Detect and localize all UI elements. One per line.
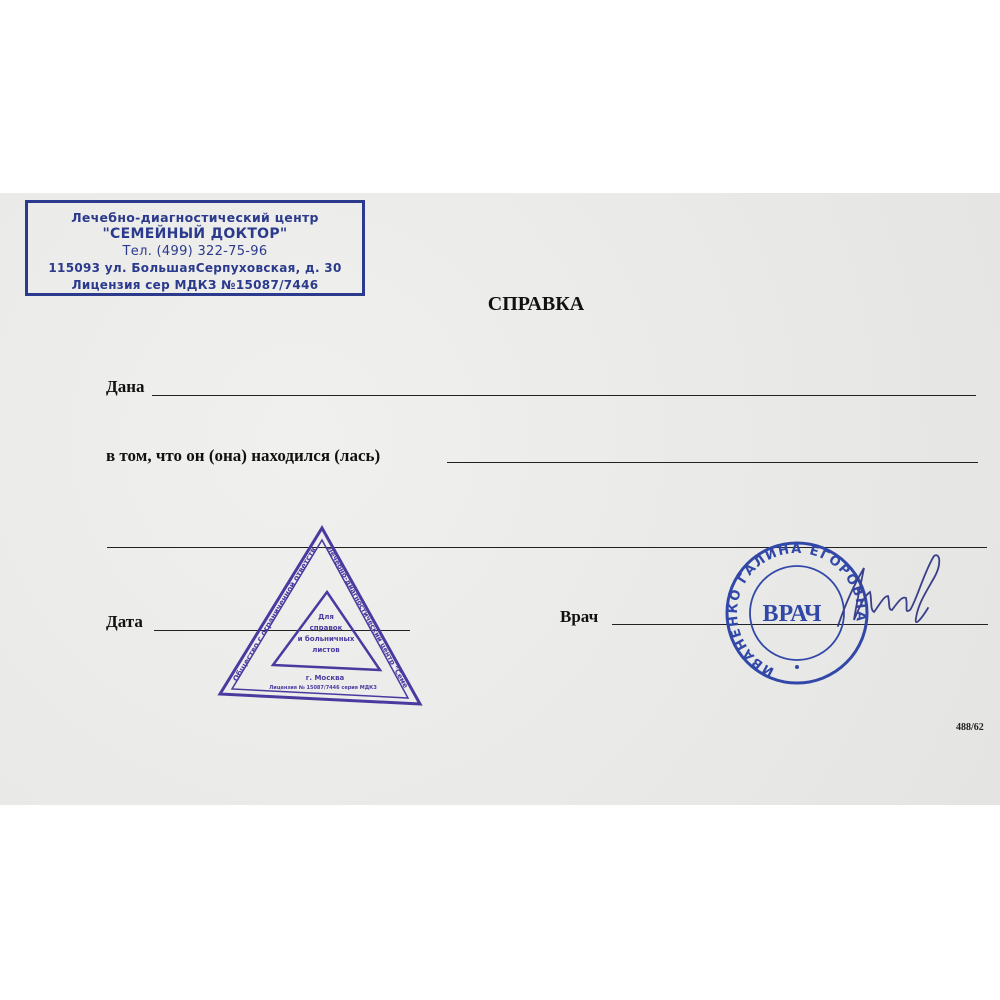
triangle-license: Лицензия № 15087/7446 серия МДКЗ [269, 685, 377, 691]
clinic-stamp-line: "СЕМЕЙНЫЙ ДОКТОР" [28, 226, 362, 243]
triangle-left-text: Общество с ограниченной ответственностью [211, 515, 318, 683]
triangle-inner-line: Для [318, 613, 334, 621]
clinic-stamp-line: Лечебно-диагностический центр [28, 209, 362, 226]
triangle-stamp: Общество с ограниченной ответственностью… [215, 522, 425, 707]
stayed-field[interactable] [447, 462, 978, 463]
triangle-inner-line: справок [310, 624, 343, 632]
clinic-stamp: Лечебно-диагностический центр "СЕМЕЙНЫЙ … [25, 200, 365, 296]
doctor-signature [830, 548, 950, 638]
stayed-label: в том, что он (она) находился (лась) [106, 446, 380, 466]
doctor-stamp-center: ВРАЧ [763, 601, 822, 627]
triangle-inner-line: листов [312, 646, 340, 654]
document-title: СПРАВКА [0, 293, 1000, 316]
issued-to-field[interactable] [152, 395, 976, 396]
doctor-label: Врач [560, 607, 598, 627]
form-number: 488/62 [956, 722, 984, 733]
triangle-city: г. Москва [306, 674, 345, 682]
issued-to-label: Дана [106, 377, 145, 397]
clinic-stamp-line: 115093 ул. БольшаяСерпуховская, д. 30 [28, 260, 362, 277]
triangle-inner-line: и больничных [298, 635, 355, 643]
clinic-stamp-line: Тел. (499) 322-75-96 [28, 243, 362, 260]
date-label: Дата [106, 612, 143, 632]
clinic-stamp-line: Лицензия сер МДКЗ №15087/7446 [28, 277, 362, 294]
svg-text:Общество с ограниченной ответс: Общество с ограниченной ответственностью [211, 515, 318, 683]
